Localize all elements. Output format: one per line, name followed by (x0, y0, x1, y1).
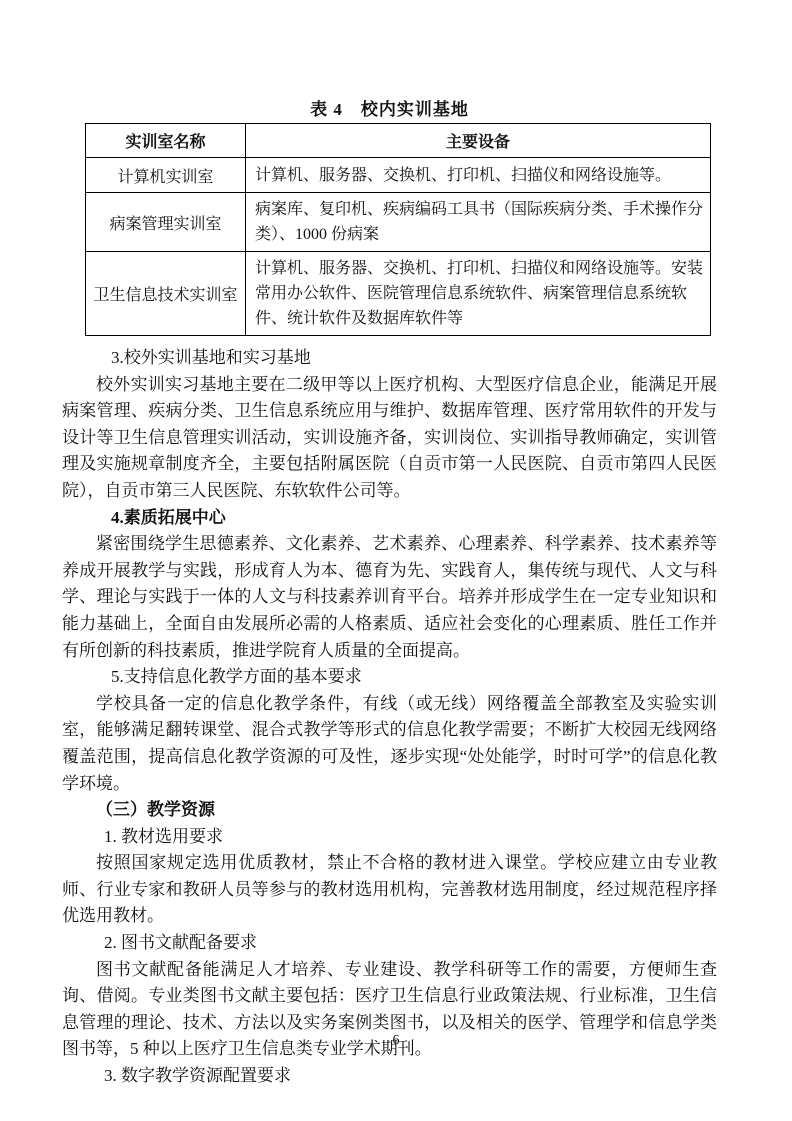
training-base-table: 实训室名称 主要设备 计算机实训室 计算机、服务器、交换机、打印机、扫描仪和网络… (85, 123, 711, 336)
room-name-cell: 计算机实训室 (86, 158, 246, 193)
table-row: 病案管理实训室 病案库、复印机、疾病编码工具书（国际疾病分类、手术操作分类）、1… (86, 193, 711, 252)
body-text: 3.校外实训基地和实习基地 校外实训实习基地主要在二级甲等以上医疗机构、大型医疗… (62, 345, 717, 1090)
room-name-cell: 卫生信息技术实训室 (86, 252, 246, 336)
subsection-heading-library: 2. 图书文献配备要求 (62, 930, 717, 957)
paragraph-informatization: 学校具备一定的信息化教学条件，有线（或无线）网络覆盖全部教室及实验实训室，能够满… (62, 691, 717, 797)
table-row: 计算机实训室 计算机、服务器、交换机、打印机、扫描仪和网络设施等。 (86, 158, 711, 193)
document-page: 表 4 校内实训基地 实训室名称 主要设备 计算机实训室 计算机、服务器、交换机… (0, 0, 792, 1121)
page-number: 6 (0, 1031, 792, 1051)
subsection-heading-digital-resources: 3. 数字教学资源配置要求 (62, 1063, 717, 1090)
table-row: 卫生信息技术实训室 计算机、服务器、交换机、打印机、扫描仪和网络设施等。安装常用… (86, 252, 711, 336)
column-header-equipment: 主要设备 (246, 124, 711, 158)
room-name-cell: 病案管理实训室 (86, 193, 246, 252)
section-heading-quality-center: 4.素质拓展中心 (62, 505, 717, 532)
paragraph-offcampus-bases: 校外实训实习基地主要在二级甲等以上医疗机构、大型医疗信息企业，能满足开展病案管理… (62, 372, 717, 505)
column-header-room-name: 实训室名称 (86, 124, 246, 158)
table-caption: 表 4 校内实训基地 (62, 96, 717, 123)
equipment-cell: 计算机、服务器、交换机、打印机、扫描仪和网络设施等。安装常用办公软件、医院管理信… (246, 252, 711, 336)
subsection-heading-textbook: 1. 教材选用要求 (62, 824, 717, 851)
page-content: 表 4 校内实训基地 实训室名称 主要设备 计算机实训室 计算机、服务器、交换机… (62, 96, 717, 1090)
equipment-cell: 计算机、服务器、交换机、打印机、扫描仪和网络设施等。 (246, 158, 711, 193)
paragraph-quality-center: 紧密围绕学生思德素养、文化素养、艺术素养、心理素养、科学素养、技术素养等养成开展… (62, 531, 717, 664)
table-header-row: 实训室名称 主要设备 (86, 124, 711, 158)
paragraph-textbook: 按照国家规定选用优质教材，禁止不合格的教材进入课堂。学校应建立由专业教师、行业专… (62, 850, 717, 930)
equipment-cell: 病案库、复印机、疾病编码工具书（国际疾病分类、手术操作分类）、1000 份病案 (246, 193, 711, 252)
section-heading-informatization: 5.支持信息化教学方面的基本要求 (62, 664, 717, 691)
section-heading-teaching-resources: （三）教学资源 (62, 797, 717, 824)
section-heading-offcampus-bases: 3.校外实训基地和实习基地 (62, 345, 717, 372)
